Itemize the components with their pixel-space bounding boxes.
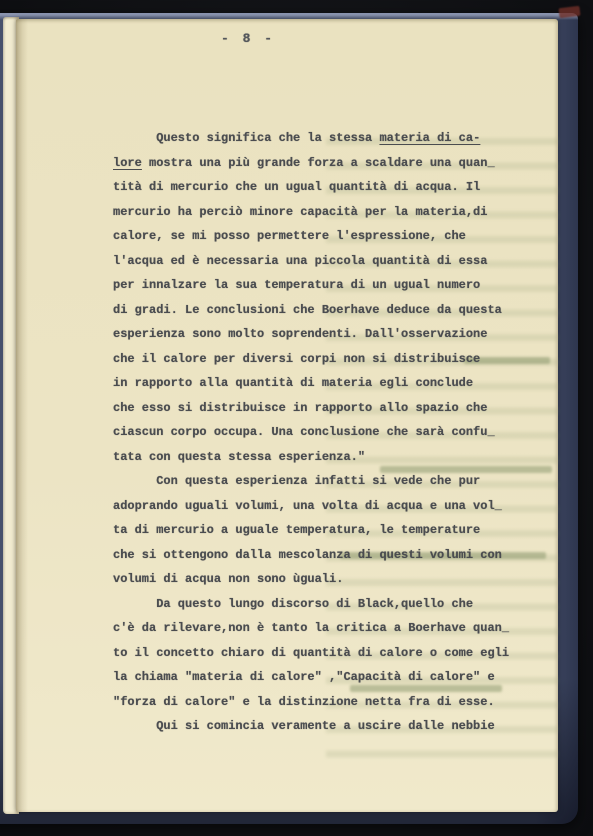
scanner-background: - 8 - Questo significa che la stessa mat… [0,0,593,836]
text-line: to il concetto chiaro di quantità di cal… [113,641,533,666]
text-segment: l'acqua ed è necessaria una piccola quan… [113,254,487,268]
text-line: di gradi. Le conclusioni che Boerhave de… [113,298,533,323]
text-segment: tata con questa stessa esperienza." [113,450,365,464]
page-number: - 8 - [212,31,284,46]
text-line: lore mostra una più grande forza a scald… [113,151,533,176]
text-segment: mostra una più grande forza a scaldare u… [142,156,495,170]
text-segment: volumi di acqua non sono ùguali. [113,572,343,586]
text-segment: calore, se mi posso permettere l'espress… [113,229,466,243]
underlined-text-segment: materia di ca- [379,131,480,145]
text-segment: mercurio ha perciò minore capacità per l… [113,205,487,219]
text-line: esperienza sono molto soprendenti. Dall'… [113,322,533,347]
text-segment: Da questo lungo discorso di Black,quello… [113,597,473,611]
text-line: "forza di calore" e la distinzione netta… [113,690,533,715]
text-line: ta di mercurio a uguale temperatura, le … [113,518,533,543]
text-line: che si ottengono dalla mescolanza di que… [113,543,533,568]
text-segment: to il concetto chiaro di quantità di cal… [113,646,509,660]
underlined-text-segment: lore [113,156,142,170]
text-line: c'è da rilevare,non è tanto la critica a… [113,616,533,641]
text-segment: Con questa esperienza infatti si vede ch… [113,474,480,488]
text-segment: Qui si comincia veramente a uscire dalle… [113,719,495,733]
text-line: che esso si distribuisce in rapporto all… [113,396,533,421]
text-segment: in rapporto alla quantità di materia egl… [113,376,473,390]
text-line: Questo significa che la stessa materia d… [113,126,533,151]
text-segment: che il calore per diversi corpi non si d… [113,352,480,366]
text-segment: esperienza sono molto soprendenti. Dall'… [113,327,487,341]
text-line: l'acqua ed è necessaria una piccola quan… [113,249,533,274]
text-segment: "forza di calore" e la distinzione netta… [113,695,495,709]
text-line: in rapporto alla quantità di materia egl… [113,371,533,396]
text-segment: c'è da rilevare,non è tanto la critica a… [113,621,509,635]
text-line: tità di mercurio che un ugual quantità d… [113,175,533,200]
text-segment: per innalzare la sua temperatura di un u… [113,278,480,292]
typewritten-text: Questo significa che la stessa materia d… [113,126,533,739]
text-segment: ciascun corpo occupa. Una conclusione ch… [113,425,495,439]
text-line: la chiama "materia di calore" ,"Capacità… [113,665,533,690]
text-line: Qui si comincia veramente a uscire dalle… [113,714,533,739]
text-segment: la chiama "materia di calore" ,"Capacità… [113,670,495,684]
gutter-shadow [16,19,28,812]
text-segment: tità di mercurio che un ugual quantità d… [113,180,480,194]
text-line: volumi di acqua non sono ùguali. [113,567,533,592]
text-line: Con questa esperienza infatti si vede ch… [113,469,533,494]
text-segment: ta di mercurio a uguale temperatura, le … [113,523,480,537]
text-line: che il calore per diversi corpi non si d… [113,347,533,372]
text-line: tata con questa stessa esperienza." [113,445,533,470]
text-line: mercurio ha perciò minore capacità per l… [113,200,533,225]
text-line: ciascun corpo occupa. Una conclusione ch… [113,420,533,445]
text-line: adoprando uguali volumi, una volta di ac… [113,494,533,519]
document-page: - 8 - Questo significa che la stessa mat… [16,19,558,812]
text-line: per innalzare la sua temperatura di un u… [113,273,533,298]
text-segment: di gradi. Le conclusioni che Boerhave de… [113,303,502,317]
text-line: calore, se mi posso permettere l'espress… [113,224,533,249]
text-segment: che esso si distribuisce in rapporto all… [113,401,487,415]
text-segment: Questo significa che la stessa [113,131,379,145]
text-line: Da questo lungo discorso di Black,quello… [113,592,533,617]
text-segment: adoprando uguali volumi, una volta di ac… [113,499,502,513]
text-segment: che si ottengono dalla mescolanza di que… [113,548,502,562]
